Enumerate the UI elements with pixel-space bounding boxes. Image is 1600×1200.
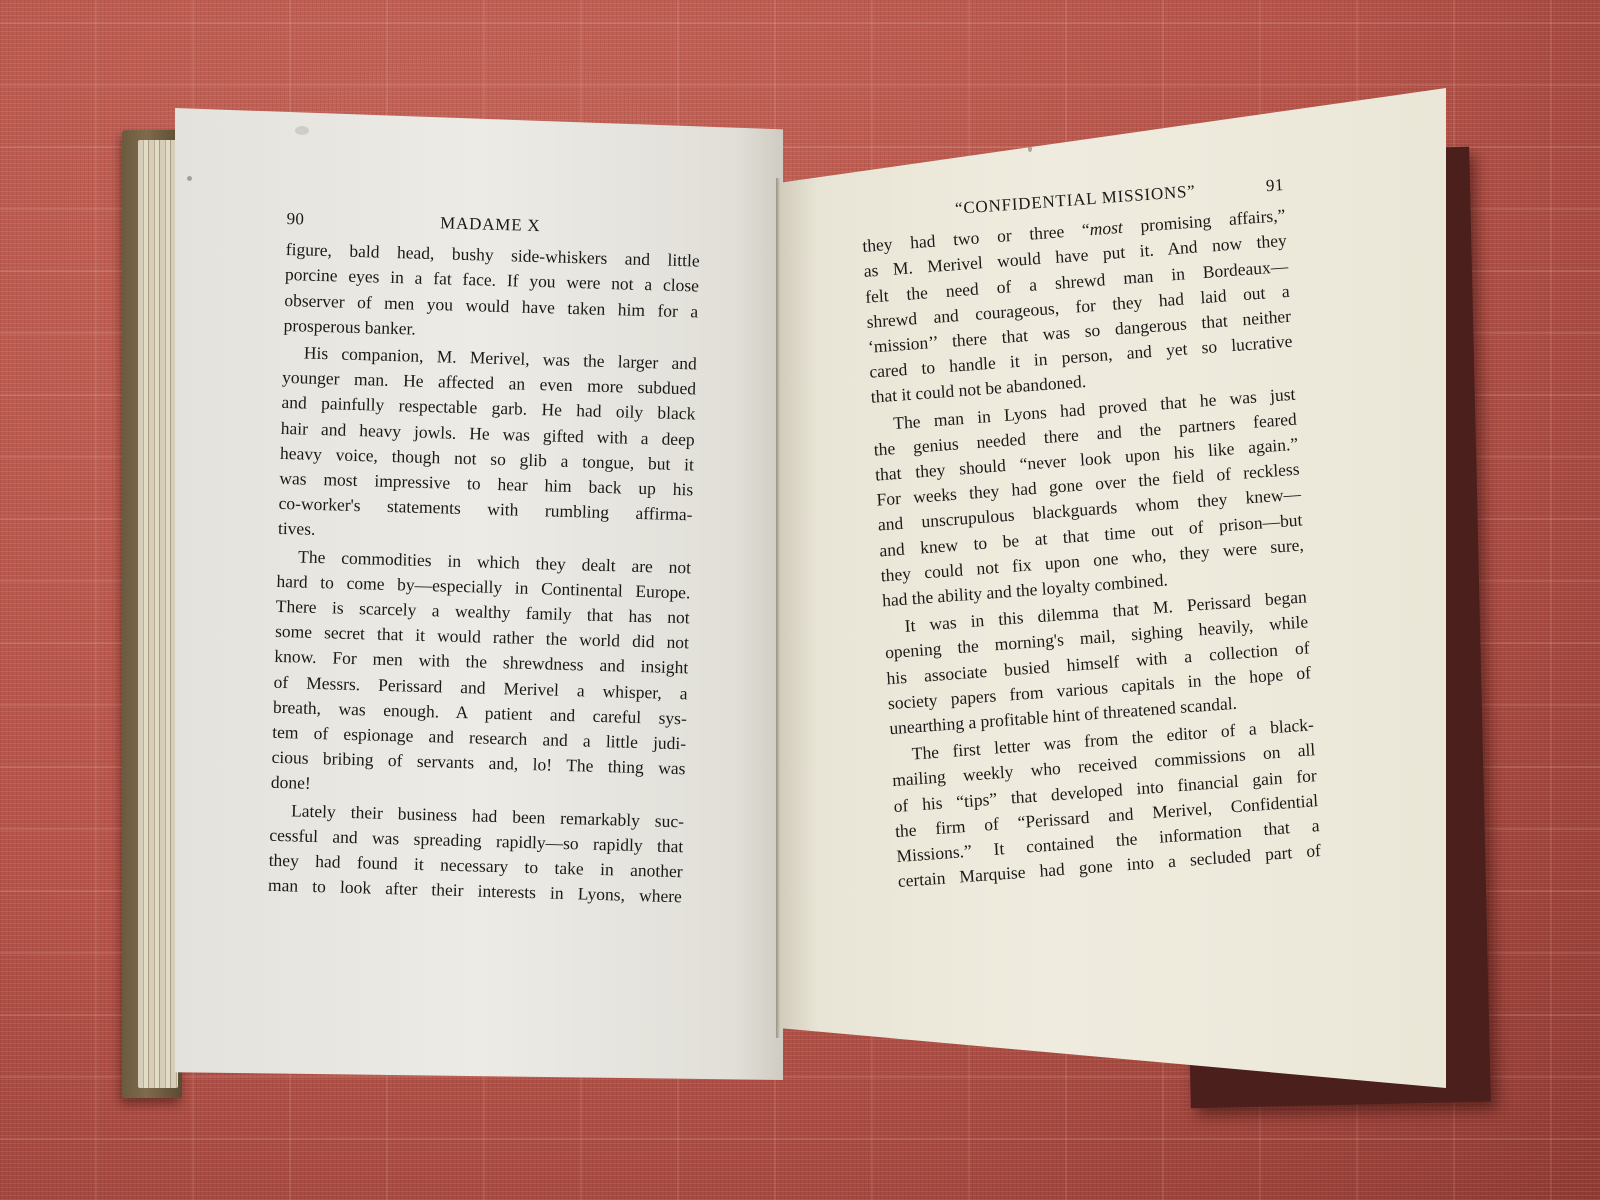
spacer <box>861 219 885 221</box>
spacer <box>676 235 700 236</box>
page-number: 91 <box>1265 172 1284 198</box>
page-number: 90 <box>286 206 304 232</box>
left-page-text: 90 MADAME X figure, bald head, bushy sid… <box>268 206 701 910</box>
left-running-head: 90 MADAME X <box>286 206 701 243</box>
left-body-text: figure, bald head, bushy side-whiskers a… <box>268 237 700 910</box>
book-gutter <box>776 178 780 1038</box>
left-page: 90 MADAME X figure, bald head, bushy sid… <box>175 108 783 1080</box>
paper-speck <box>1028 146 1032 152</box>
paper-speck <box>187 176 192 181</box>
italic-emphasis: most <box>1089 217 1123 239</box>
running-title: MADAME X <box>304 206 677 242</box>
right-body-text: as M. Merivel would have put it. And now… <box>863 228 1321 894</box>
right-page: “CONFIDENTIAL MISSIONS” 91 they had two … <box>778 88 1446 1088</box>
open-book: 90 MADAME X figure, bald head, bushy sid… <box>0 0 1600 1200</box>
paper-stain <box>295 126 309 135</box>
page-stack-edges <box>138 140 178 1088</box>
right-page-text: “CONFIDENTIAL MISSIONS” 91 they had two … <box>860 172 1322 895</box>
